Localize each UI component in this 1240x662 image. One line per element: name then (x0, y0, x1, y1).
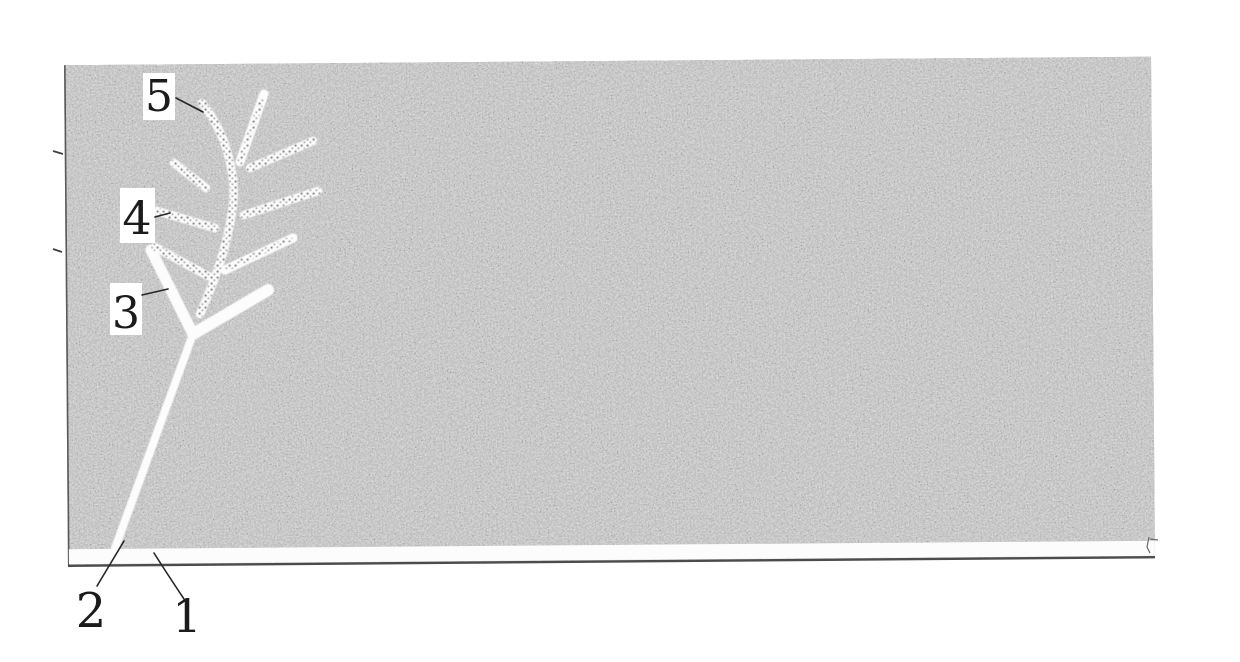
patent-figure-canvas: 5 4 3 2 1 (0, 0, 1240, 662)
callout-3-text: 3 (112, 288, 140, 339)
callout-4-text: 4 (122, 191, 151, 245)
callout-2-text: 2 (76, 583, 107, 639)
callout-1-text: 1 (172, 589, 201, 643)
callout-5-text: 5 (145, 71, 173, 122)
figure-page: 5 4 3 2 1 (0, 0, 1240, 662)
